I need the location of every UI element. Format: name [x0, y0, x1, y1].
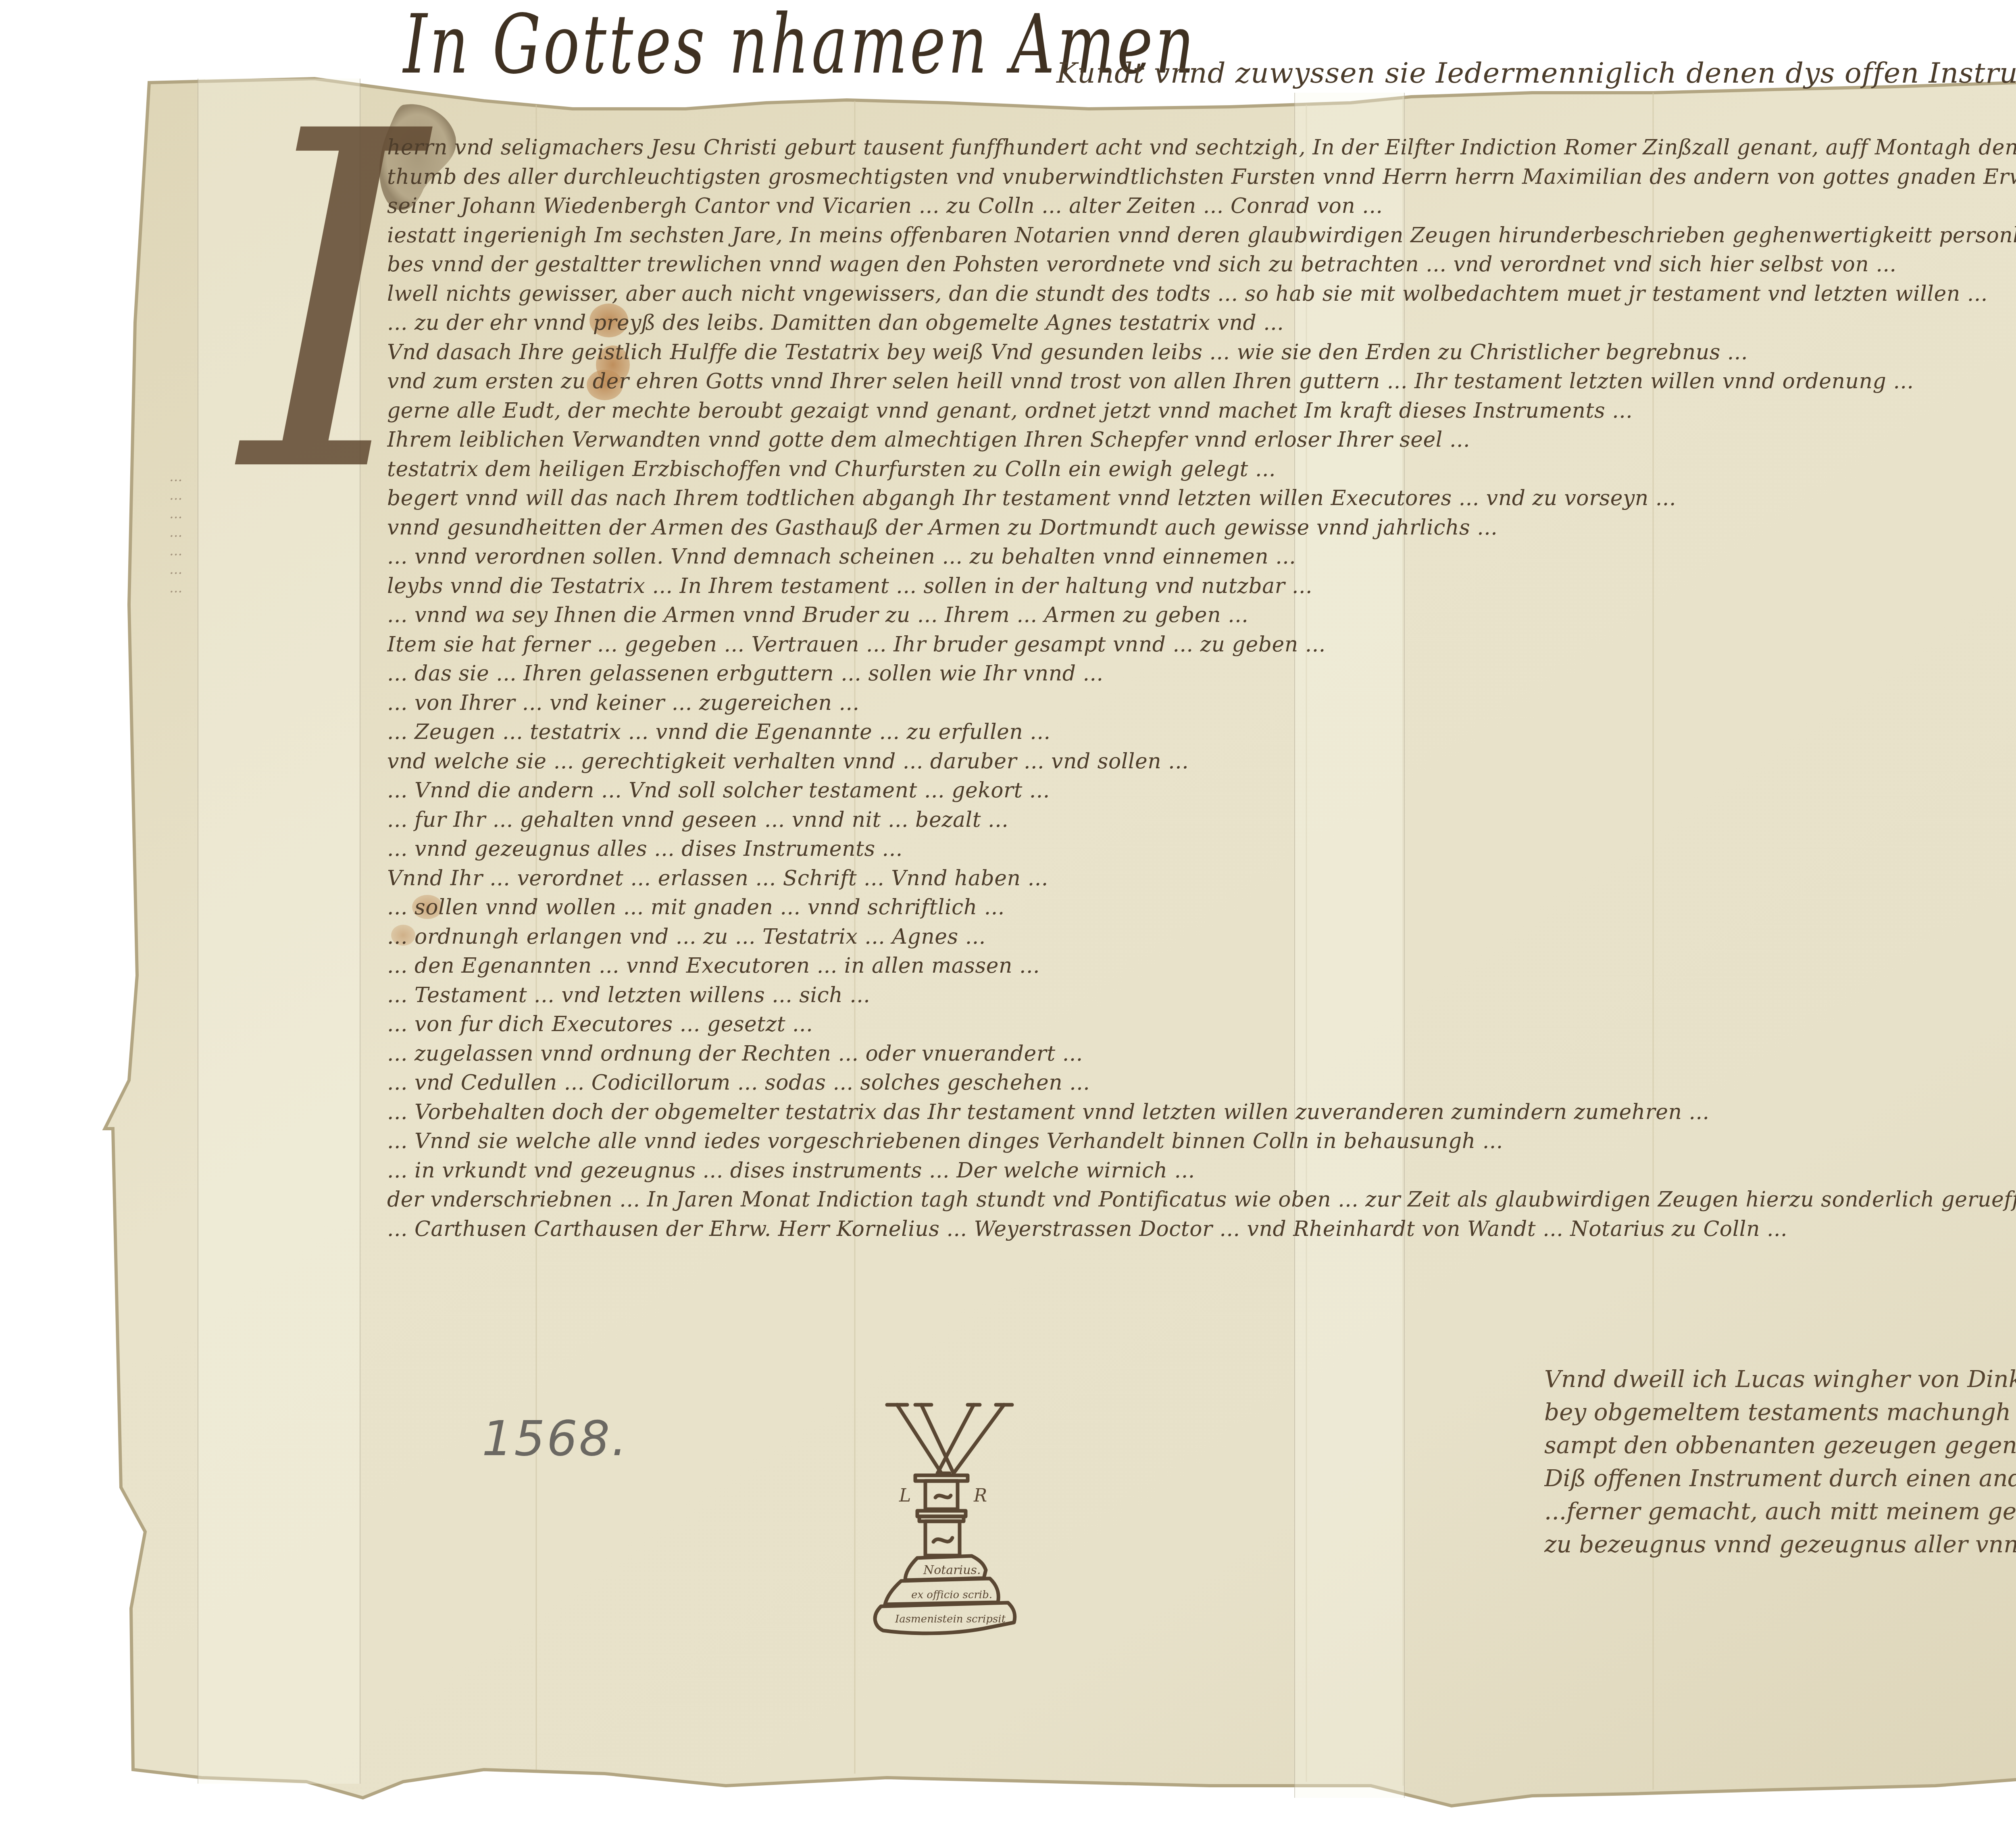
body-line: vnd welche sie ... gerechtigkeit verhalt…	[387, 747, 2016, 776]
sign-letter-left: L	[899, 1485, 911, 1506]
body-line: ... von fur dich Executores ... gesetzt …	[387, 1010, 2016, 1039]
body-line: ... vnnd gezeugnus alles ... dises Instr…	[387, 834, 2016, 864]
body-line: ... Vorbehalten doch der obgemelter test…	[387, 1098, 2016, 1127]
body-line: ... fur Ihr ... gehalten vnnd geseen ...…	[387, 805, 2016, 835]
body-text: herrn vnd seligmachers Jesu Christi gebu…	[387, 133, 2016, 1244]
marginalia-line: ...	[169, 542, 234, 560]
body-line: herrn vnd seligmachers Jesu Christi gebu…	[387, 133, 2016, 162]
date-annotation: 1568.	[482, 1411, 629, 1467]
subscription-line: Diß offenen Instrument durch einen ander…	[1544, 1462, 2016, 1495]
body-line: ... zu der ehr vnnd preyß des leibs. Dam…	[387, 308, 2016, 338]
marginalia-line: ...	[169, 560, 234, 579]
marginalia-line: ...	[169, 505, 234, 523]
body-line: ... von Ihrer ... vnd keiner ... zugerei…	[387, 688, 2016, 718]
subscription-line: bey obgemeltem testaments machungh ordnu…	[1544, 1396, 2016, 1429]
marginalia-line: ...	[169, 579, 234, 597]
sign-inscription: Notarius.	[923, 1563, 981, 1577]
body-line: iestatt ingerienigh Im sechsten Jare, In…	[387, 221, 2016, 250]
notarial-sign-icon: L R Notarius. ex officio scrib. Iasmenis…	[851, 1387, 1068, 1641]
body-line: seiner Johann Wiedenbergh Cantor vnd Vic…	[387, 191, 2016, 221]
marginalia-line: ...	[169, 486, 234, 505]
body-line: ... Vnnd sie welche alle vnnd iedes vorg…	[387, 1127, 2016, 1156]
left-marginalia: ... ... ... ... ... ... ...	[169, 468, 234, 597]
body-line: ... vnd Cedullen ... Codicillorum ... so…	[387, 1068, 2016, 1098]
body-line: ... vnnd wa sey Ihnen die Armen vnnd Bru…	[387, 601, 2016, 630]
body-line: vnnd gesundheitten der Armen des Gasthau…	[387, 513, 2016, 543]
body-line: ... ordnungh erlangen vnd ... zu ... Tes…	[387, 922, 2016, 952]
body-line: leybs vnnd die Testatrix ... In Ihrem te…	[387, 572, 2016, 601]
sign-inscription: Iasmenistein scripsit	[895, 1613, 1006, 1625]
body-line: testatrix dem heiligen Erzbischoffen vnd…	[387, 455, 2016, 484]
body-line: bes vnnd der gestaltter trewlichen vnnd …	[387, 250, 2016, 279]
subscription-line: Vnnd dweill ich Lucas wingher von Dinkel…	[1544, 1362, 2016, 1396]
body-line: ... das sie ... Ihren gelassenen erbgutt…	[387, 659, 2016, 688]
sign-inscription: ex officio scrib.	[911, 1589, 992, 1601]
marginalia-line: ...	[169, 468, 234, 486]
marginalia-line: ...	[169, 523, 234, 542]
body-line: ... sollen vnnd wollen ... mit gnaden ..…	[387, 893, 2016, 922]
body-line: ... den Egenannten ... vnnd Executoren .…	[387, 951, 2016, 981]
sign-letter-right: R	[973, 1485, 987, 1506]
body-line: Vnd dasach Ihre geistlich Hulffe die Tes…	[387, 338, 2016, 367]
body-line: thumb des aller durchleuchtigsten grosme…	[387, 162, 2016, 192]
body-line: ... vnnd verordnen sollen. Vnnd demnach …	[387, 542, 2016, 572]
body-line: lwell nichts gewisser, aber auch nicht v…	[387, 279, 2016, 309]
body-line: ... Carthusen Carthausen der Ehrw. Herr …	[387, 1215, 2016, 1244]
body-line: Item sie hat ferner ... gegeben ... Vert…	[387, 630, 2016, 659]
body-line: der vnderschriebnen ... In Jaren Monat I…	[387, 1185, 2016, 1215]
body-line: begert vnnd will das nach Ihrem todtlich…	[387, 484, 2016, 513]
body-line: ... Testament ... vnd letzten willens ..…	[387, 981, 2016, 1010]
document-scan: I In Gottes nhamen Amen Kundt vnnd zuwys…	[0, 0, 2016, 1824]
body-line: ... Zeugen ... testatrix ... vnnd die Eg…	[387, 718, 2016, 747]
body-line: Vnnd Ihr ... verordnet ... erlassen ... …	[387, 864, 2016, 893]
subscription-line: ...ferner gemacht, auch mitt meinem gewo…	[1544, 1495, 2016, 1528]
body-line: gerne alle Eudt, der mechte beroubt geza…	[387, 396, 2016, 426]
body-line: ... zugelassen vnnd ordnung der Rechten …	[387, 1039, 2016, 1069]
body-line: vnd zum ersten zu der ehren Gotts vnnd I…	[387, 367, 2016, 396]
body-line: Ihrem leiblichen Verwandten vnnd gotte d…	[387, 425, 2016, 455]
notarial-subscription: Vnnd dweill ich Lucas wingher von Dinkel…	[1544, 1362, 2016, 1561]
body-line: ... Vnnd die andern ... Vnd soll solcher…	[387, 776, 2016, 805]
subscription-line: zu bezeugnus vnnd gezeugnus aller vnnd i…	[1544, 1528, 2016, 1561]
subscription-line: sampt den obbenanten gezeugen gegenwertt…	[1544, 1429, 2016, 1462]
heading-continuation: Kundt vnnd zuwyssen sie Iedermenniglich …	[1056, 56, 2016, 89]
body-line: ... in vrkundt vnd gezeugnus ... dises i…	[387, 1156, 2016, 1185]
